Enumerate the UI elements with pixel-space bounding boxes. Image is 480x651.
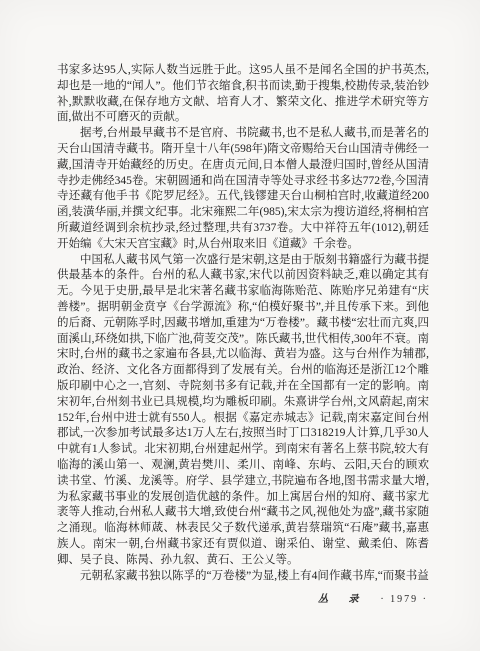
paragraph-continuation: 书家多达95人,实际人数当远胜于此。这95人虽不是闻名全国的护书英杰,却也是一地… <box>57 63 429 126</box>
page-footer: 丛 录 · 1979 · <box>318 590 428 605</box>
paragraph-song-private-collectors: 中国私人藏书风气第一次盛行是宋朝,这是由于版刻书籍盛行为藏书提供最基本的条件。台… <box>57 253 429 569</box>
footer-page-number: · 1979 · <box>380 594 428 605</box>
footer-section-title: 丛 录 <box>318 590 368 605</box>
paragraph-guoqingsi-collection: 据考,台州最早藏书不是官府、书院藏书,也不是私人藏书,而是著名的天台山国清寺藏书… <box>57 126 429 252</box>
paragraph-yuan-collection: 元朝私家藏书独以陈孚的“万卷楼”为显,楼上有4间作藏书库,“而聚书益 <box>57 569 429 585</box>
page-text: 书家多达95人,实际人数当远胜于此。这95人虽不是闻名全国的护书英杰,却也是一地… <box>57 63 429 584</box>
document-page: 书家多达95人,实际人数当远胜于此。这95人虽不是闻名全国的护书英杰,却也是一地… <box>0 0 480 651</box>
